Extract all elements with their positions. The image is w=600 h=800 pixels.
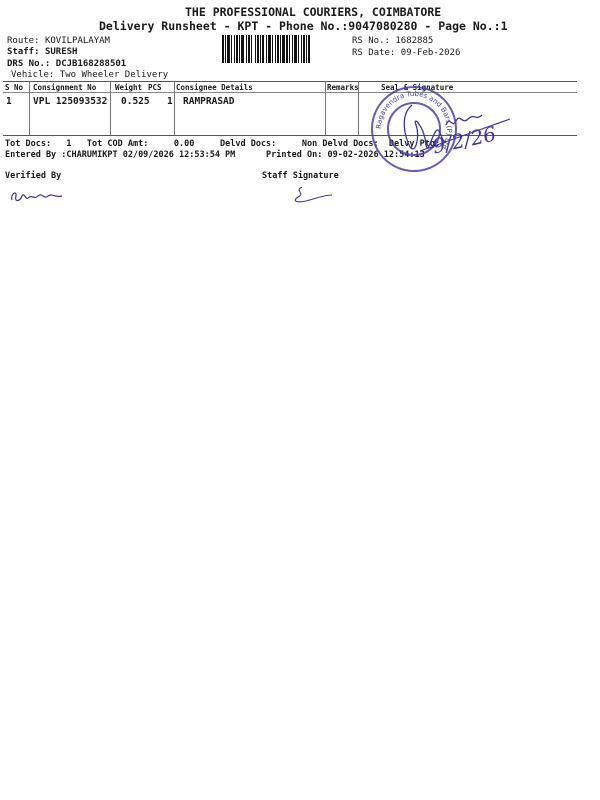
rs-date-row: RS Date: 09-Feb-2026 <box>352 48 460 58</box>
col-divider <box>110 81 111 135</box>
drs-label: DRS No.: <box>7 59 50 69</box>
runsheet-subtitle: Delivery Runsheet - KPT - Phone No.:9047… <box>99 19 508 33</box>
col-divider <box>29 81 30 135</box>
table-top-rule <box>3 81 577 82</box>
cell-consignment: VPL 125093532 <box>33 96 107 107</box>
cell-consignee: RAMPRASAD <box>183 96 234 107</box>
drs-value: DCJB168288501 <box>56 59 126 69</box>
verified-by-signature <box>8 186 68 206</box>
vehicle-value: Two Wheeler Delivery <box>60 70 168 80</box>
printed-on-label: Printed On: <box>266 150 322 160</box>
col-header-consignment: Consignment No <box>33 83 96 92</box>
staff-label: Staff: <box>7 47 40 57</box>
staff-signature <box>288 183 338 205</box>
staff-value: SURESH <box>45 47 78 57</box>
delvd-docs-label: Delvd Docs: <box>220 139 276 149</box>
cell-sno: 1 <box>6 96 12 107</box>
vehicle-label: Vehicle: <box>11 70 54 80</box>
col-header-pcs: PCS <box>148 83 162 92</box>
col-header-remarks: Remarks <box>327 83 359 92</box>
route-value: KOVILPALAYAM <box>45 36 110 46</box>
vehicle-row: Vehicle: Two Wheeler Delivery <box>11 70 168 80</box>
tot-cod-value: 0.00 <box>174 139 194 149</box>
route-label: Route: <box>7 36 40 46</box>
col-divider <box>174 81 175 135</box>
drs-row: DRS No.: DCJB168288501 <box>7 59 126 69</box>
rs-date-label: RS Date: <box>352 48 395 58</box>
staff-row: Staff: SURESH <box>7 47 77 57</box>
entered-by-value: CHARUMIKPT 02/09/2026 12:53:54 PM <box>66 150 235 160</box>
tot-docs-value: 1 <box>66 139 71 149</box>
col-header-sno: S No <box>5 83 23 92</box>
tot-docs-label: Tot Docs: <box>5 139 51 149</box>
rs-no-label: RS No.: <box>352 36 390 46</box>
entry-row: Entered By :CHARUMIKPT 02/09/2026 12:53:… <box>5 150 425 160</box>
non-delvd-docs-label: Non Delvd Docs: <box>302 139 379 149</box>
barcode <box>222 35 350 63</box>
rs-no-row: RS No.: 1682885 <box>352 36 433 46</box>
route-row: Route: KOVILPALAYAM <box>7 36 110 46</box>
rs-date-value: 09-Feb-2026 <box>401 48 461 58</box>
col-header-weight: Weight <box>115 83 142 92</box>
entered-by-label: Entered By : <box>5 150 66 160</box>
tot-cod-label: Tot COD Amt: <box>87 139 148 149</box>
rs-no-value: 1682885 <box>395 36 433 46</box>
table-header-rule <box>3 92 577 93</box>
staff-signature-label: Staff Signature <box>262 171 339 181</box>
cell-pcs: 1 <box>167 96 173 107</box>
company-title: THE PROFESSIONAL COURIERS, COIMBATORE <box>185 5 441 19</box>
verified-by-label: Verified By <box>5 171 61 181</box>
col-divider <box>325 81 326 135</box>
col-header-consignee: Consignee Details <box>176 83 253 92</box>
cell-weight: 0.525 <box>121 96 150 107</box>
